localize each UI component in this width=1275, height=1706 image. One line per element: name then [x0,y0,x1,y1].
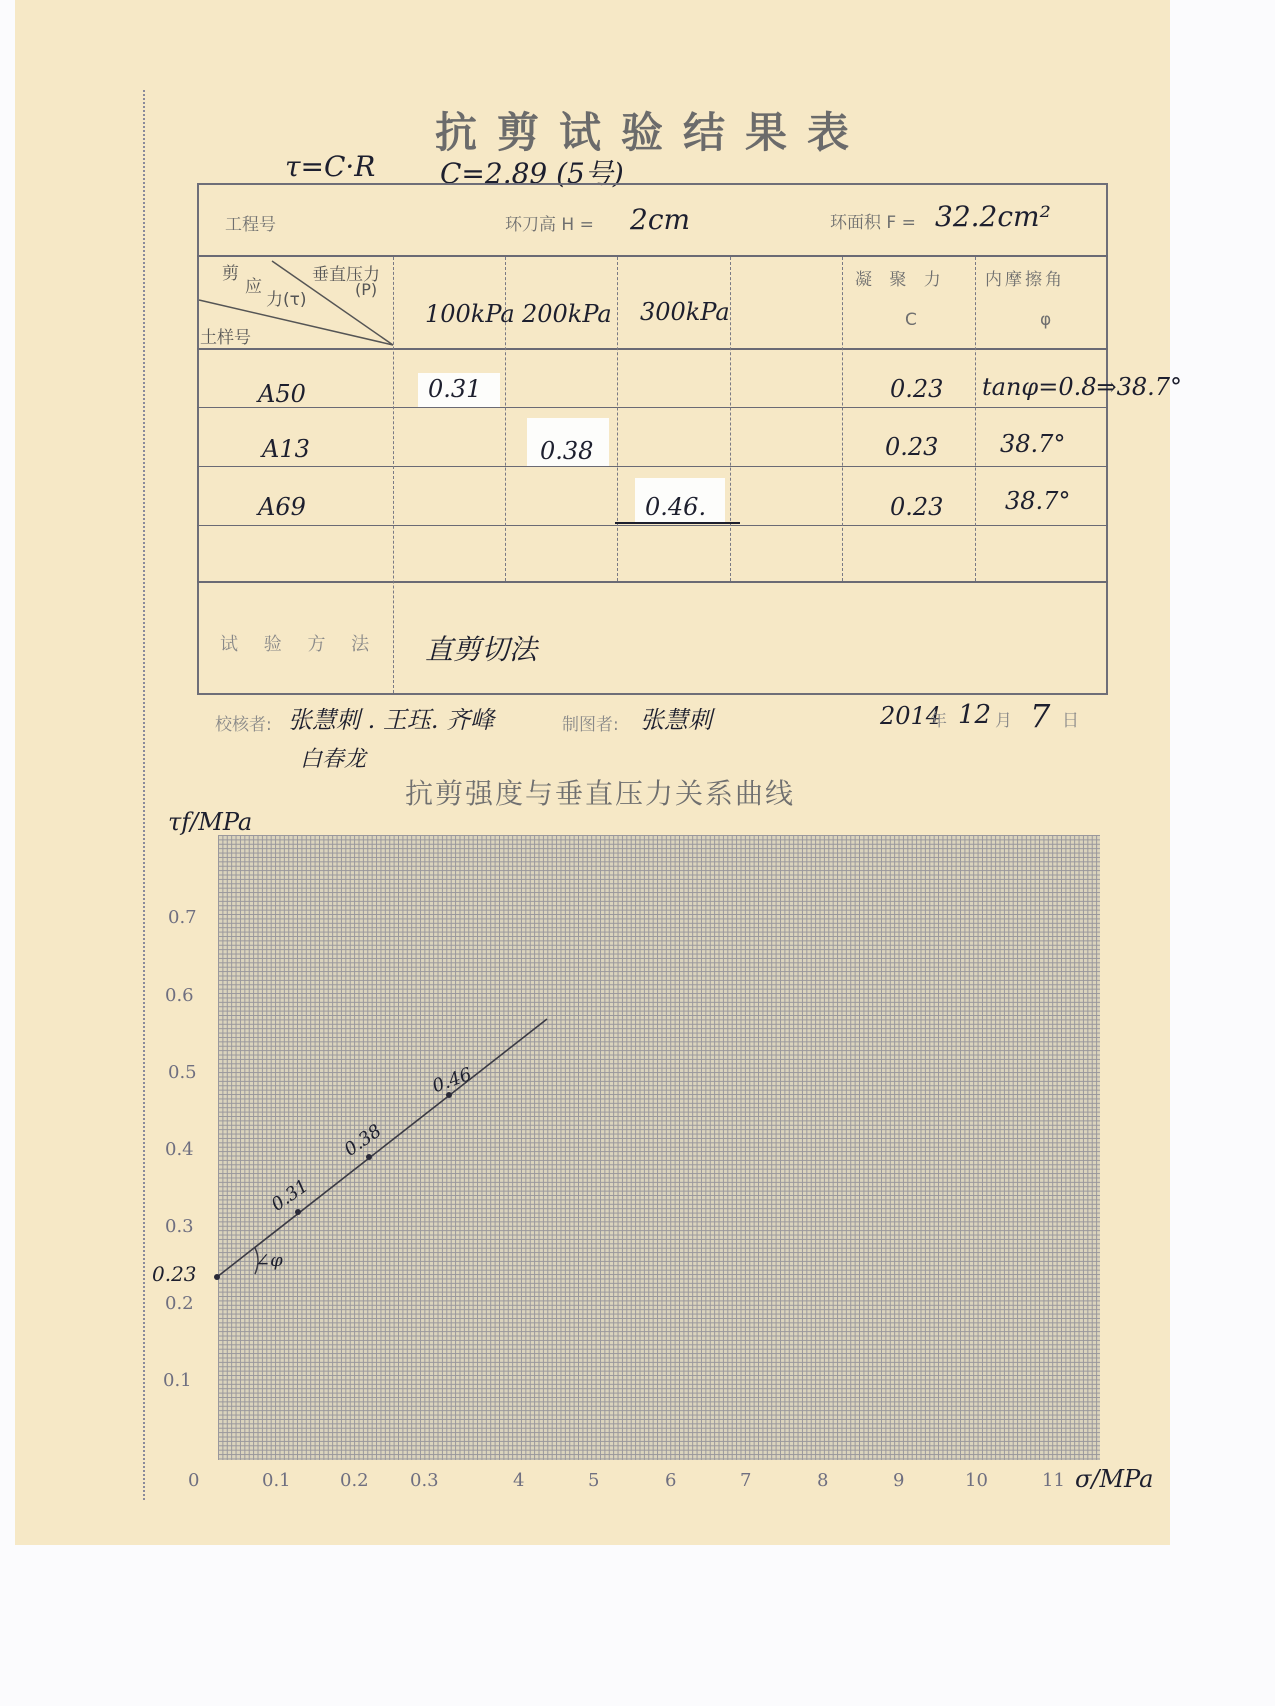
friction-symbol: φ [1040,310,1051,330]
checker-value-2: 白春龙 [300,742,366,773]
date-month: 12 [958,700,991,730]
friction-a69: 38.7° [1005,487,1070,515]
method-label: 试 验 方 法 [220,630,379,656]
y-tick-intercept: 0.23 [152,1262,197,1286]
friction-a13: 38.7° [1000,430,1065,458]
binding-margin-line [143,90,145,1500]
corner-shear-2: 应 [245,272,262,297]
value-a50-100kpa: 0.31 [428,375,481,403]
col-header-300kpa: 300kPa [640,298,730,326]
row-divider [197,525,1108,526]
checker-label: 校核者: [215,710,272,735]
col-divider [842,257,843,581]
y-tick: 0.6 [165,985,194,1006]
ring-height-value: 2cm [630,203,690,236]
sample-a13: A13 [262,435,310,463]
ring-area-value: 32.2cm² [935,200,1051,233]
cohesion-a69: 0.23 [890,493,943,521]
angle-label: ∠φ [255,1250,283,1271]
x-tick: 0.1 [262,1470,291,1491]
cohesion-header: 凝 聚 力 [855,265,947,290]
ring-height-label: 环刀高 H = [505,210,594,235]
x-tick: 8 [817,1470,828,1491]
cohesion-a50: 0.23 [890,375,943,403]
row-divider [197,466,1108,467]
x-tick: 10 [965,1470,988,1491]
y-tick: 0.3 [165,1216,194,1237]
x-tick: 6 [665,1470,676,1491]
value-a13-200kpa: 0.38 [540,437,593,465]
row-divider [197,407,1108,408]
col-divider [730,257,731,581]
y-tick: 0.2 [165,1293,194,1314]
value-a69-300kpa: 0.46. [645,493,706,521]
y-axis-label: τf/MPa [168,808,252,836]
date-day-unit: 日 [1062,706,1079,731]
corner-shear-1: 剪 [222,259,239,284]
drafter-label: 制图者: [562,710,619,735]
date-month-unit: 月 [995,706,1012,731]
x-axis-label: σ/MPa [1075,1465,1153,1493]
x-tick: 5 [588,1470,599,1491]
sample-a69: A69 [258,493,306,521]
cohesion-a13: 0.23 [885,433,938,461]
col-divider [617,257,618,581]
x-tick: 9 [893,1470,904,1491]
document-title: 抗剪试验结果表 [435,100,869,160]
x-tick: 11 [1042,1470,1065,1491]
col-divider [975,257,976,581]
underline [615,522,740,524]
cohesion-symbol: C [905,310,917,330]
friction-a50: tanφ=0.8⇒38.7° [982,373,1182,401]
method-value: 直剪切法 [425,628,537,668]
ring-area-label: 环面积 F = [830,208,916,233]
date-year-unit: 年 [930,706,947,731]
y-tick: 0.1 [163,1370,192,1391]
date-day: 7 [1030,697,1050,735]
corner-shear-3: 力(τ) [266,285,307,310]
drafter-value: 张慧刺 [640,700,712,735]
x-tick: 4 [513,1470,524,1491]
chart-title: 抗剪强度与垂直压力关系曲线 [405,772,795,812]
y-tick: 0.4 [165,1139,194,1160]
friction-header: 内摩擦角 [985,265,1065,290]
project-label: 工程号 [225,210,276,235]
col-header-200kpa: 200kPa [522,300,612,328]
corner-sample-no: 土样号 [200,323,251,348]
y-tick: 0.5 [168,1062,197,1083]
y-tick: 0.7 [168,907,197,928]
row-divider [197,581,1108,583]
x-tick: 0 [188,1470,199,1491]
corner-pressure-symbol: (P) [355,280,377,299]
x-tick: 7 [740,1470,751,1491]
checker-value: 张慧刺 . 王珏. 齐峰 [288,700,494,735]
x-tick: 0.2 [340,1470,369,1491]
sample-a50: A50 [258,380,306,408]
formula-note: τ=C·R [285,150,375,183]
col-header-100kpa: 100kPa [425,300,515,328]
x-tick: 0.3 [410,1470,439,1491]
